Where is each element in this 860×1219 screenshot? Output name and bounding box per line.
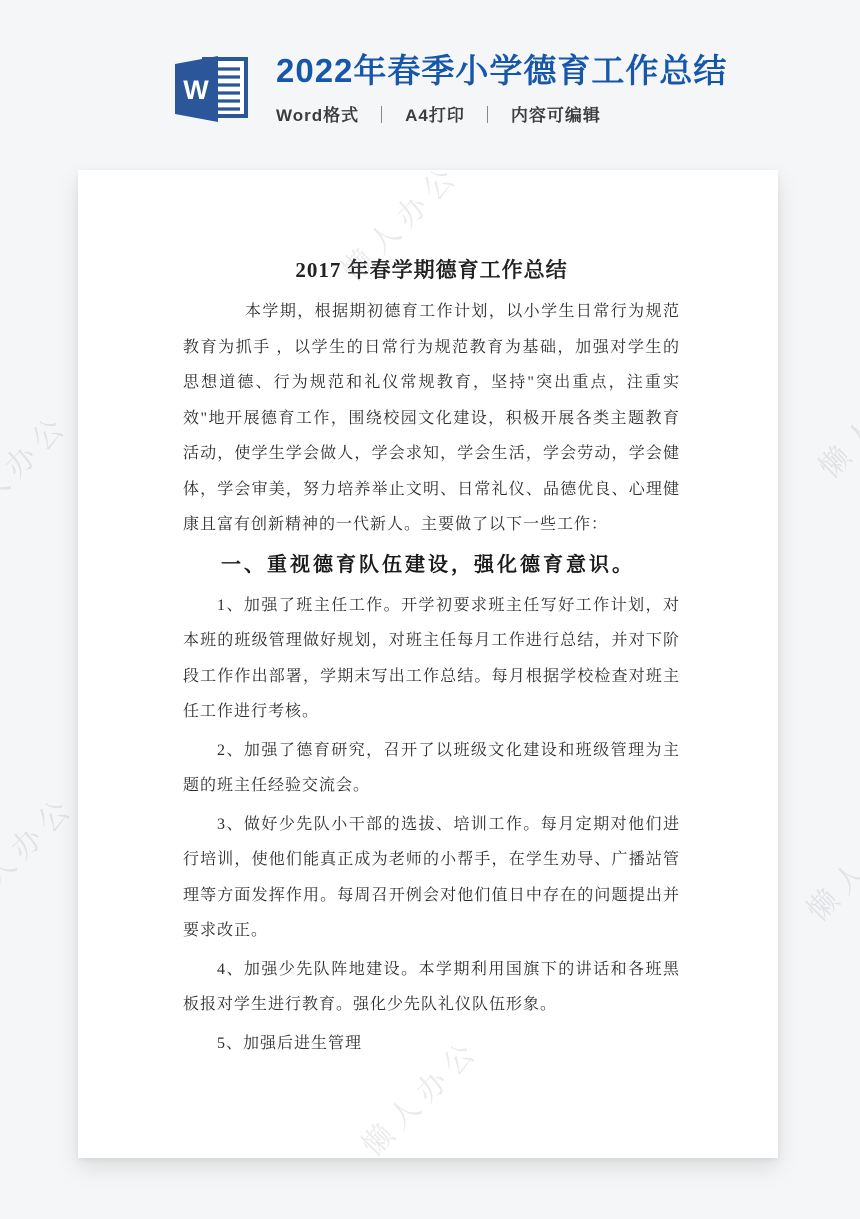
- file-meta-print: A4打印: [405, 106, 465, 125]
- svg-text:W: W: [183, 75, 209, 105]
- watermark: 懒人办公: [0, 783, 83, 922]
- document-paragraph-item: 5、加强后进生管理: [183, 1026, 680, 1062]
- document-paragraph-item: 3、做好少先队小干部的选拔、培训工作。每月定期对他们进行培训，使他们能真正成为老…: [183, 807, 680, 949]
- file-meta-format: Word格式: [276, 106, 359, 125]
- file-meta: Word格式｜A4打印｜内容可编辑: [276, 101, 727, 126]
- meta-separator: ｜: [373, 106, 391, 125]
- document-paragraph-item: 2、加强了德育研究，召开了以班级文化建设和班级管理为主题的班主任经验交流会。: [183, 733, 680, 804]
- document-paragraph-item: 4、加强少先队阵地建设。本学期利用国旗下的讲话和各班黑板报对学生进行教育。强化少…: [183, 952, 680, 1023]
- header: W 2022年春季小学德育工作总结 Word格式｜A4打印｜内容可编辑: [168, 52, 727, 126]
- watermark: 懒人办公: [0, 401, 77, 540]
- meta-separator: ｜: [479, 106, 497, 125]
- word-icon: W: [168, 52, 252, 126]
- watermark: 懒人办公: [795, 791, 860, 930]
- header-text: 2022年春季小学德育工作总结 Word格式｜A4打印｜内容可编辑: [276, 52, 727, 126]
- page-title: 2022年春季小学德育工作总结: [276, 52, 727, 90]
- file-meta-editable: 内容可编辑: [511, 106, 601, 125]
- document-section-heading: 一、重视德育队伍建设，强化德育意识。: [183, 546, 680, 585]
- document-paragraph-item: 1、加强了班主任工作。开学初要求班主任写好工作计划，对本班的班级管理做好规划，对…: [183, 588, 680, 730]
- document-title: 2017 年春学期德育工作总结: [183, 255, 680, 285]
- document-page: 2017 年春学期德育工作总结 本学期，根据期初德育工作计划，以小学生日常行为规…: [78, 170, 778, 1158]
- watermark: 懒人办公: [807, 348, 860, 487]
- document-paragraph-intro: 本学期，根据期初德育工作计划，以小学生日常行为规范教育为抓手 ，以学生的日常行为…: [183, 294, 680, 543]
- page-background: W 2022年春季小学德育工作总结 Word格式｜A4打印｜内容可编辑 2017…: [0, 0, 860, 1219]
